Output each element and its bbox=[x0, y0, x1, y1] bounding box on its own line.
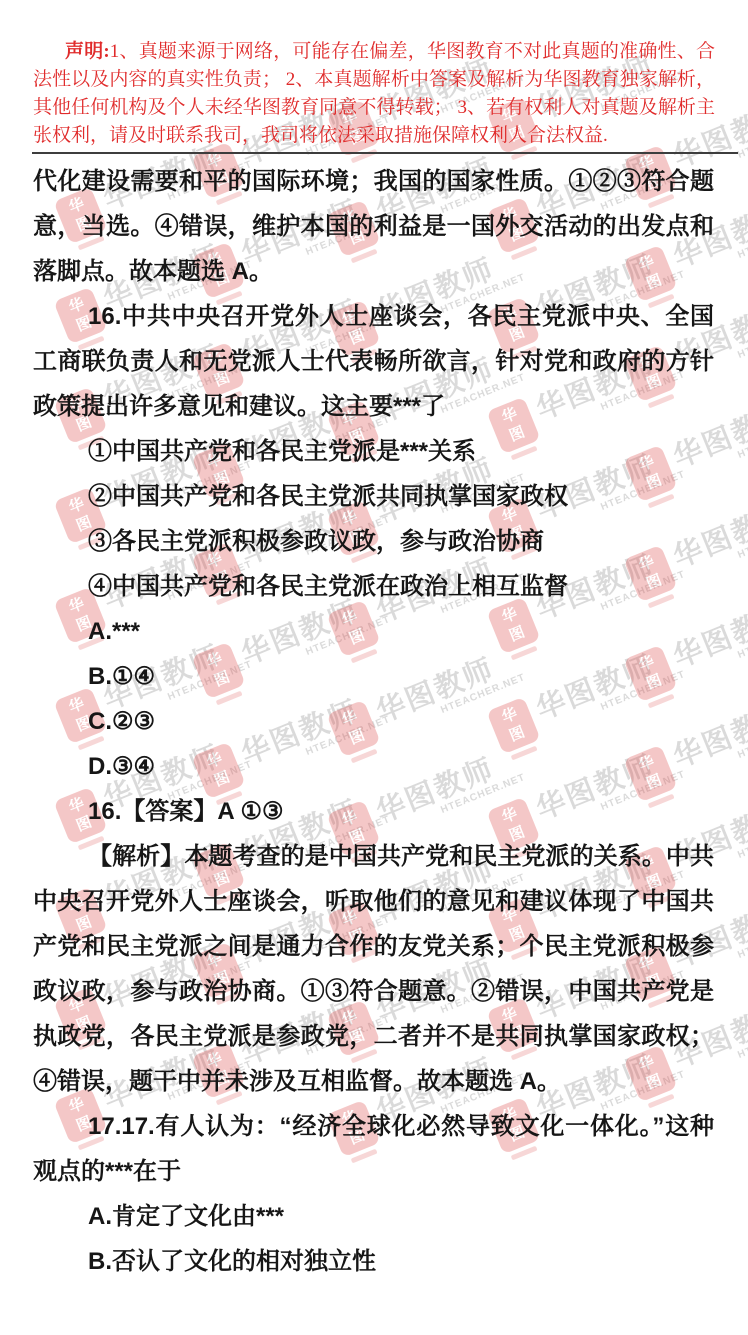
paragraph: B.否认了文化的相对独立性 bbox=[33, 1239, 714, 1284]
question-body: 代化建设需要和平的国际环境；我国的国家性质。①②③符合题意，当选。④错误，维护本… bbox=[33, 159, 714, 1284]
disclaimer-label: 声明: bbox=[65, 41, 110, 62]
paragraph: 17.17.有人认为：“经济全球化必然导致文化一体化。”这种观点的***在于 bbox=[33, 1104, 714, 1194]
paragraph: 16.中共中央召开党外人士座谈会，各民主党派中央、全国工商联负责人和无党派人士代… bbox=[33, 294, 714, 429]
disclaimer-text: 1、真题来源于网络，可能存在偏差，华图教育不对此真题的准确性、合法性以及内容的真… bbox=[33, 41, 715, 146]
paragraph: A.*** bbox=[33, 609, 714, 654]
disclaimer-notice: 声明:1、真题来源于网络，可能存在偏差，华图教育不对此真题的准确性、合法性以及内… bbox=[33, 38, 715, 150]
paragraph: ②中国共产党和各民主党派共同执掌国家政权 bbox=[33, 474, 714, 519]
paragraph: C.②③ bbox=[33, 699, 714, 744]
paragraph: ①中国共产党和各民主党派是***关系 bbox=[33, 429, 714, 474]
paragraph: 16.【答案】A ①③ bbox=[33, 789, 714, 834]
paragraph: B.①④ bbox=[33, 654, 714, 699]
section-divider bbox=[32, 152, 738, 154]
paragraph: ④中国共产党和各民主党派在政治上相互监督 bbox=[33, 564, 714, 609]
paragraph: A.肯定了文化由*** bbox=[33, 1194, 714, 1239]
document-page: 华图华图教师HTEACHER.NET华图华图教师HTEACHER.NET华图华图… bbox=[0, 0, 748, 1335]
paragraph: D.③④ bbox=[33, 744, 714, 789]
paragraph: 【解析】本题考查的是中国共产党和民主党派的关系。中共中央召开党外人士座谈会，听取… bbox=[33, 834, 714, 1104]
paragraph: 代化建设需要和平的国际环境；我国的国家性质。①②③符合题意，当选。④错误，维护本… bbox=[33, 159, 714, 294]
page-content: 声明:1、真题来源于网络，可能存在偏差，华图教育不对此真题的准确性、合法性以及内… bbox=[0, 38, 748, 1284]
paragraph: ③各民主党派积极参政议政，参与政治协商 bbox=[33, 519, 714, 564]
